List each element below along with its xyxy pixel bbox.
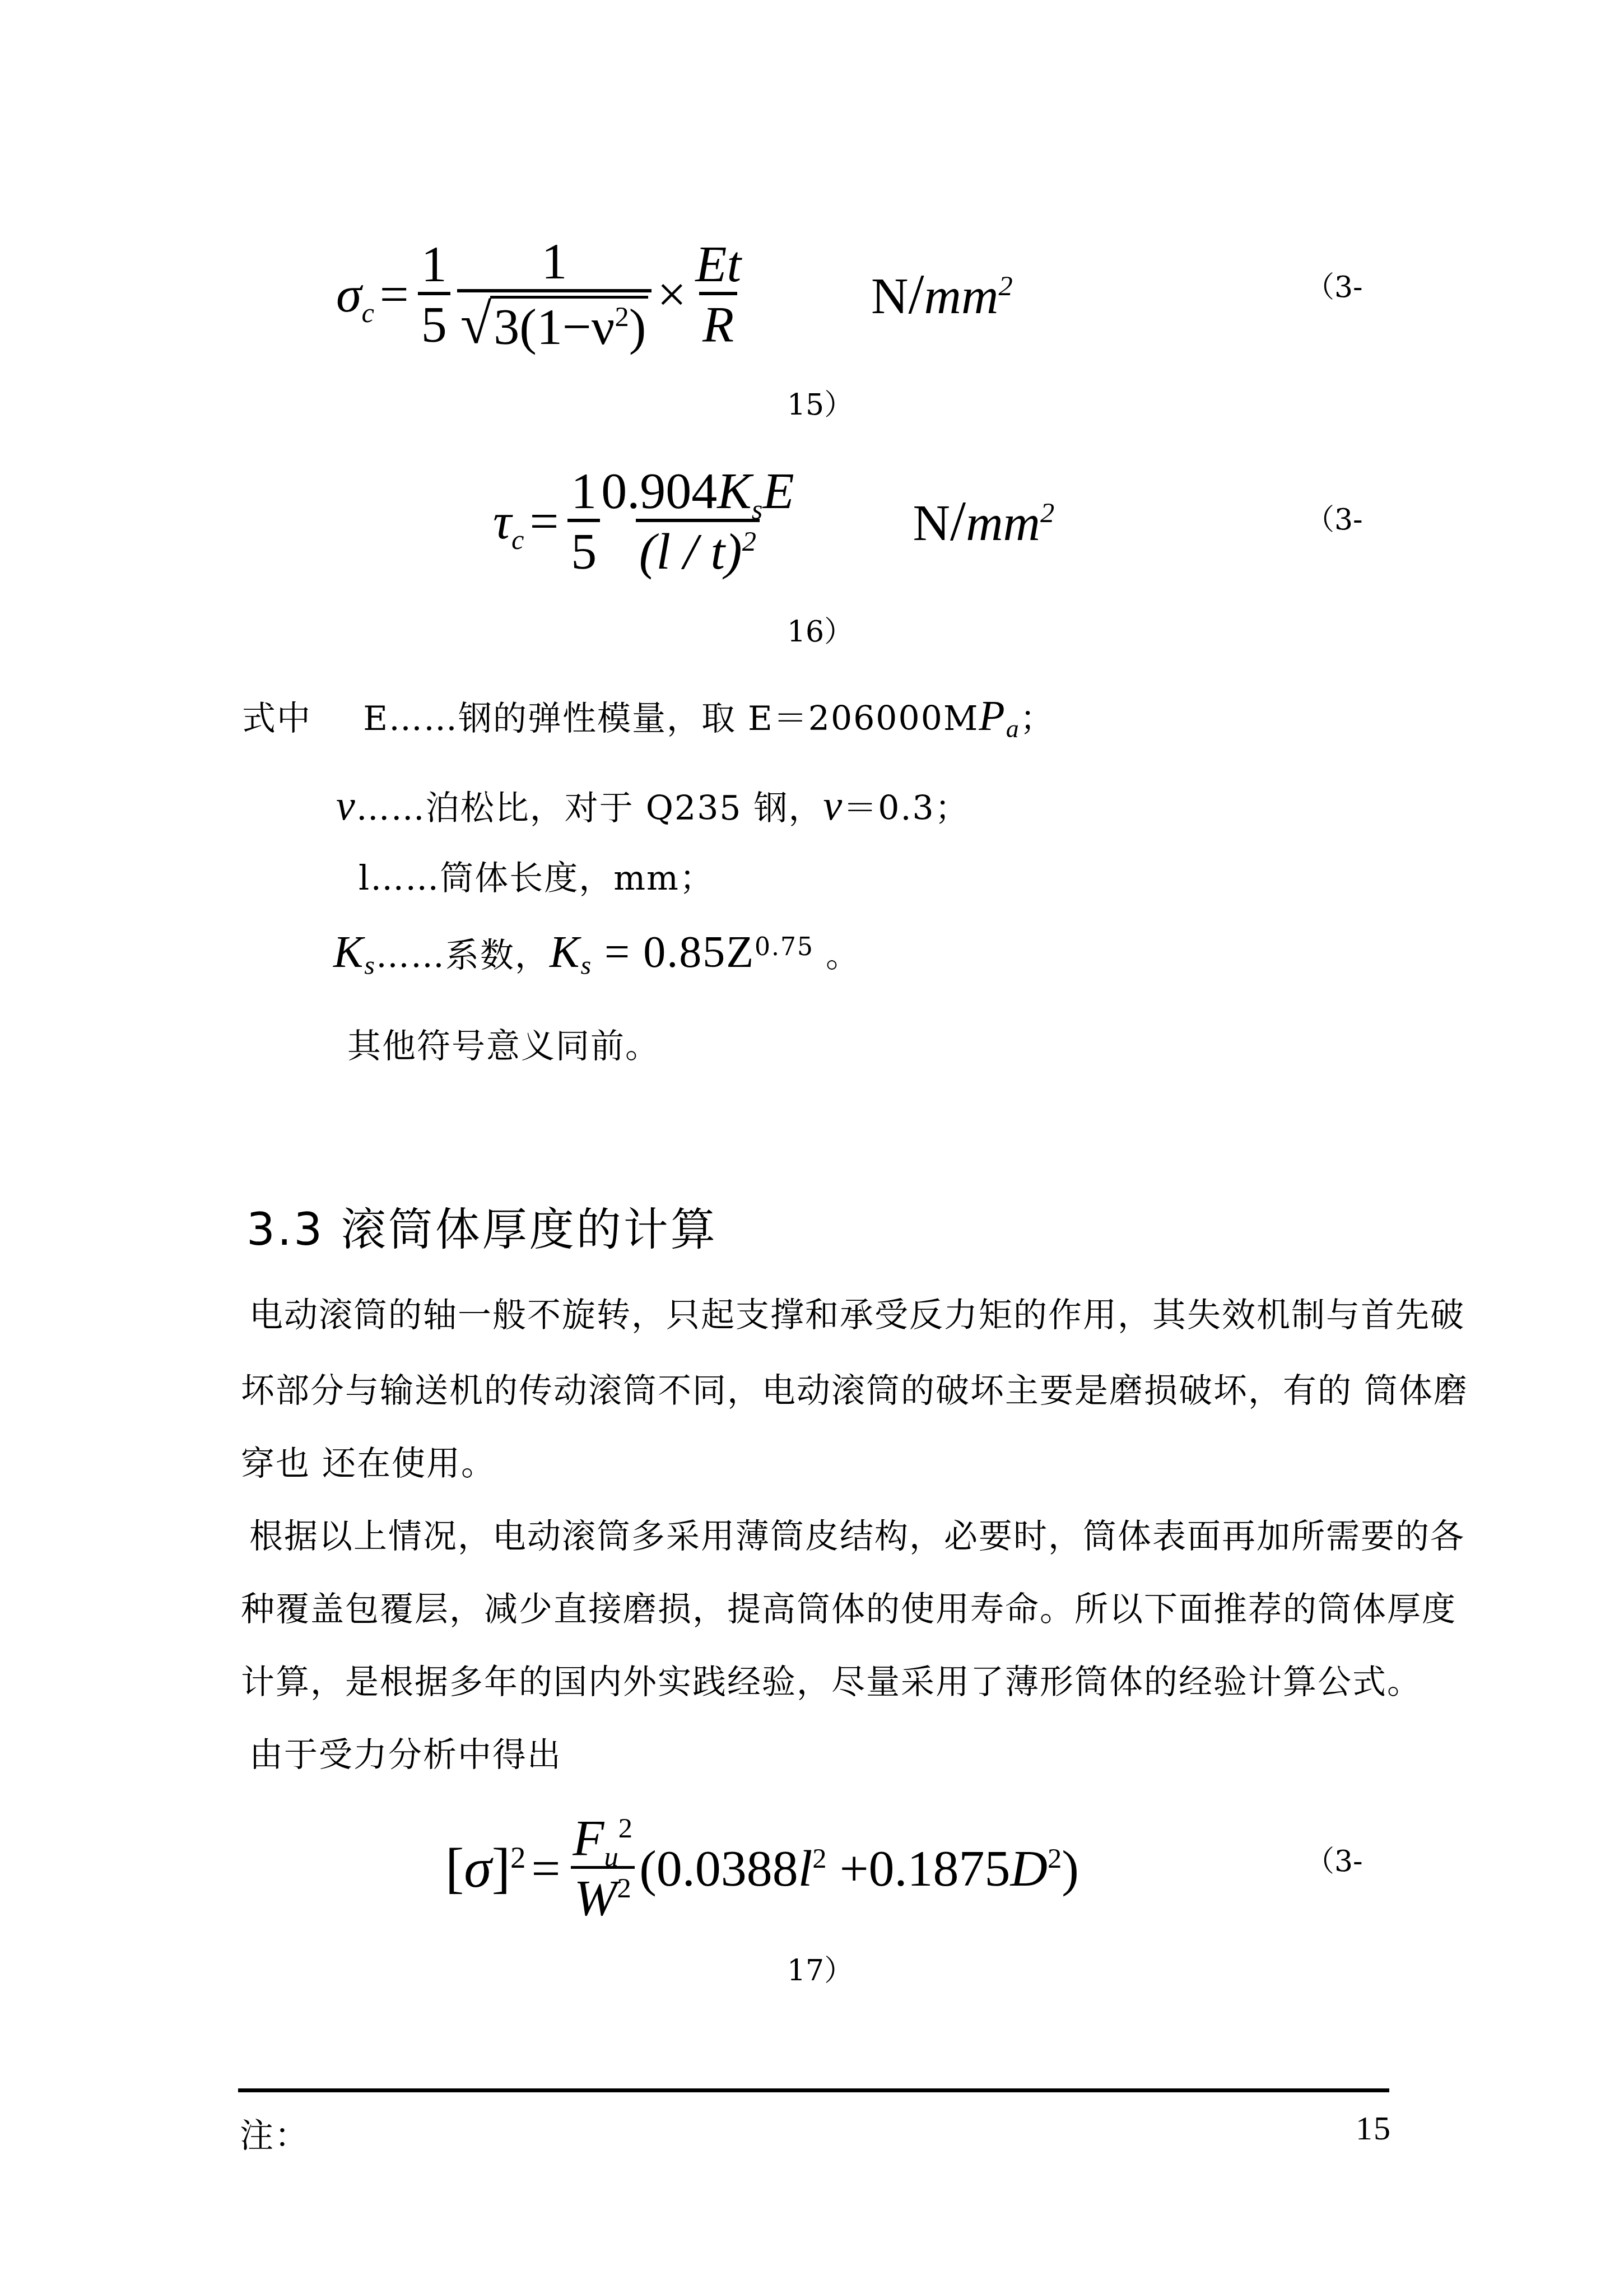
equation-3-16: τc = 1 5 0.904KsE (l / t)2 N/mm2	[493, 465, 1054, 577]
paragraph-line-1: 电动滚筒的轴一般不旋转，只起支撑和承受反力矩的作用，其失效机制与首先破	[249, 1288, 1465, 1337]
footer-divider	[238, 2088, 1389, 2092]
equation-3-15: σc = 1 5 1 √ 3(1−ν2) × Et R N/mm2	[336, 235, 1013, 352]
definition-closing: 其他符号意义同前。	[347, 1020, 660, 1068]
eq17-lhs: [σ]2	[445, 1836, 525, 1900]
paragraph-line-6: 计算，是根据多年的国内外实践经验，尽量采用了薄形筒体的经验计算公式。	[241, 1655, 1422, 1704]
eq15-frac-one-fifth: 1 5	[418, 238, 450, 350]
page-number: 15	[1356, 2109, 1392, 2148]
paragraph-line-7: 由于受力分析中得出	[249, 1728, 562, 1776]
definition-ks: Ks……系数，Ks = 0.85Z0.75 。	[333, 927, 860, 978]
eq16-frac-main: 0.904KsE (l / t)2	[598, 465, 797, 577]
eq16-lhs: τc	[493, 491, 524, 551]
eq17-parenthetical: (0.0388l2 +0.1875D2)	[639, 1839, 1079, 1898]
definition-nu: ν……泊松比，对于 Q235 钢，ν＝0.3；	[336, 781, 970, 830]
definition-l: l……筒体长度，mm；	[359, 851, 714, 900]
equation-3-17: [σ]2 = Fu2 W2 (0.0388l2 +0.1875D2)	[445, 1812, 1079, 1924]
eq15-frac-sqrt: 1 √ 3(1−ν2)	[457, 235, 652, 352]
equation-number-3-17-close: 17）	[787, 1947, 853, 1989]
paragraph-line-5: 种覆盖包覆层，减少直接磨损，提高筒体的使用寿命。所以下面推荐的筒体厚度	[241, 1583, 1457, 1631]
section-heading: 3.3 滚筒体厚度的计算	[246, 1193, 718, 1258]
eq15-unit: N/mm2	[871, 262, 1013, 327]
equation-number-3-17-open: （3-	[1305, 1837, 1363, 1879]
paragraph-line-4: 根据以上情况，电动滚筒多采用薄筒皮结构，必要时，筒体表面再加所需要的各	[249, 1510, 1465, 1558]
equation-number-3-16-close: 16）	[787, 608, 853, 650]
equation-number-3-15-open: （3-	[1305, 263, 1363, 305]
eq15-lhs: σc	[336, 264, 374, 324]
eq16-unit: N/mm2	[913, 488, 1055, 553]
equation-number-3-16-open: （3-	[1305, 496, 1363, 538]
sqrt-radical: √ 3(1−ν2)	[460, 296, 649, 352]
eq15-frac-et-r: Et R	[692, 238, 744, 350]
eq17-frac: Fu2 W2	[569, 1812, 636, 1924]
definition-e: 式中 E……钢的弹性模量，取 E＝206000MPa；	[242, 692, 1055, 741]
definition-intro: 式中	[242, 699, 311, 738]
eq16-frac-one-fifth: 1 5	[567, 465, 600, 577]
footer-note-label: 注：	[240, 2109, 309, 2157]
paragraph-line-2: 坏部分与输送机的传动滚筒不同，电动滚筒的破坏主要是磨损破坏，有的 筒体磨	[241, 1364, 1468, 1412]
paragraph-line-3: 穿也 还在使用。	[241, 1437, 496, 1485]
equation-number-3-15-close: 15）	[787, 381, 853, 423]
